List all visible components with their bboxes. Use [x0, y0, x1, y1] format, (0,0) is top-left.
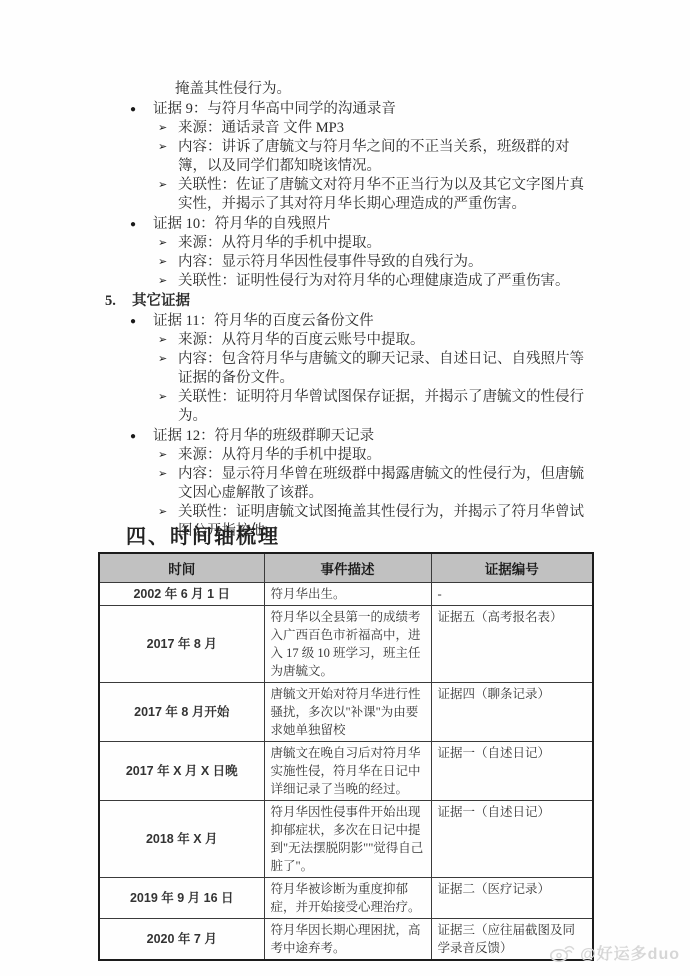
cell-time: 2018 年 X 月	[99, 801, 264, 878]
cell-evidence: 证据一（自述日记）	[431, 801, 593, 878]
evidence-detail: 关联性：佐证了唐毓文对符月华不正当行为以及其它文字图片真实性，并揭示了其对符月华…	[178, 176, 594, 214]
arrow-icon: ➢	[158, 119, 178, 138]
evidence-detail-row: ➢ 关联性：证明符月华曾试图保存证据，并揭示了唐毓文的性侵行为。	[158, 388, 594, 426]
cell-time: 2002 年 6 月 1 日	[99, 583, 264, 606]
evidence-detail-row: ➢ 内容：包含符月华与唐毓文的聊天记录、自述日记、自残照片等证据的备份文件。	[158, 350, 594, 388]
table-row: 2017 年 8 月 符月华以全县第一的成绩考入广西百色市祈福高中，进入 17 …	[99, 606, 593, 683]
cell-event: 符月华出生。	[264, 583, 431, 606]
evidence-item-12: ● 证据 12：符月华的班级群聊天记录	[130, 427, 594, 446]
evidence-detail-row: ➢ 来源：从符月华的手机中提取。	[158, 234, 594, 253]
cell-evidence: -	[431, 583, 593, 606]
col-header-evidence: 证据编号	[431, 553, 593, 583]
evidence-item-11: ● 证据 11：符月华的百度云备份文件	[130, 312, 594, 331]
cell-evidence: 证据一（自述日记）	[431, 742, 593, 801]
evidence-list: 掩盖其性侵行为。 ● 证据 9：与符月华高中同学的沟通录音 ➢ 来源：通话录音 …	[130, 80, 594, 541]
watermark: @好运多duo	[549, 941, 680, 964]
section-5-title: 其它证据	[132, 292, 190, 311]
bullet-icon: ●	[130, 312, 153, 331]
evidence-item-9: ● 证据 9：与符月华高中同学的沟通录音	[130, 100, 594, 119]
evidence-detail-row: ➢ 来源：从符月华的手机中提取。	[158, 446, 594, 465]
evidence-detail-row: ➢ 来源：从符月华的百度云账号中提取。	[158, 331, 594, 350]
evidence-detail-row: ➢ 关联性：佐证了唐毓文对符月华不正当行为以及其它文字图片真实性，并揭示了其对符…	[158, 176, 594, 214]
cell-event: 符月华因长期心理困扰，高考中途弃考。	[264, 919, 431, 961]
evidence-detail: 关联性：证明性侵行为对符月华的心理健康造成了严重伤害。	[178, 272, 594, 291]
table-header-row: 时间 事件描述 证据编号	[99, 553, 593, 583]
cell-evidence: 证据四（聊条记录）	[431, 683, 593, 742]
cell-event: 唐毓文在晚自习后对符月华实施性侵，符月华在日记中详细记录了当晚的经过。	[264, 742, 431, 801]
cell-time: 2020 年 7 月	[99, 919, 264, 961]
col-header-event: 事件描述	[264, 553, 431, 583]
evidence-detail: 内容：显示符月华曾在班级群中揭露唐毓文的性侵行为，但唐毓文因心虚解散了该群。	[178, 465, 594, 503]
evidence-detail: 内容：讲诉了唐毓文与符月华之间的不正当关系，班级群的对簿，以及同学们都知晓该情况…	[178, 138, 594, 176]
arrow-icon: ➢	[158, 331, 178, 350]
cell-event: 符月华因性侵事件开始出现抑郁症状，多次在日记中提到"无法摆脱阴影""觉得自己脏了…	[264, 801, 431, 878]
arrow-icon: ➢	[158, 234, 178, 253]
arrow-icon: ➢	[158, 272, 178, 291]
evidence-title: 证据 12：符月华的班级群聊天记录	[153, 427, 594, 446]
document-page: 掩盖其性侵行为。 ● 证据 9：与符月华高中同学的沟通录音 ➢ 来源：通话录音 …	[0, 0, 690, 976]
arrow-icon: ➢	[158, 446, 178, 465]
table-row: 2018 年 X 月 符月华因性侵事件开始出现抑郁症状，多次在日记中提到"无法摆…	[99, 801, 593, 878]
evidence-detail-row: ➢ 内容：显示符月华曾在班级群中揭露唐毓文的性侵行为，但唐毓文因心虚解散了该群。	[158, 465, 594, 503]
table-row: 2017 年 8 月开始 唐毓文开始对符月华进行性骚扰，多次以"补课"为由要求她…	[99, 683, 593, 742]
arrow-icon: ➢	[158, 350, 178, 388]
evidence-detail: 来源：从符月华的手机中提取。	[178, 234, 594, 253]
table-row: 2020 年 7 月 符月华因长期心理困扰，高考中途弃考。 证据三（应往届截图及…	[99, 919, 593, 961]
evidence-detail: 来源：从符月华的百度云账号中提取。	[178, 331, 594, 350]
bullet-icon: ●	[130, 100, 153, 119]
cell-time: 2017 年 8 月	[99, 606, 264, 683]
evidence-title: 证据 9：与符月华高中同学的沟通录音	[153, 100, 594, 119]
cell-evidence: 证据五（高考报名表）	[431, 606, 593, 683]
evidence-detail: 来源：通话录音 文件 MP3	[178, 119, 594, 138]
section-5-number: 5.	[105, 292, 132, 311]
arrow-icon: ➢	[158, 253, 178, 272]
cell-event: 符月华以全县第一的成绩考入广西百色市祈福高中，进入 17 级 10 班学习，班主…	[264, 606, 431, 683]
evidence-detail-row: ➢ 内容：显示符月华因性侵事件导致的自残行为。	[158, 253, 594, 272]
evidence-title: 证据 11：符月华的百度云备份文件	[153, 312, 594, 331]
timeline-section-heading: 四、时间轴梳理	[126, 520, 280, 549]
cell-time: 2017 年 8 月开始	[99, 683, 264, 742]
arrow-icon: ➢	[158, 138, 178, 176]
watermark-handle: @好运多duo	[580, 941, 680, 964]
evidence-detail: 关联性：证明符月华曾试图保存证据，并揭示了唐毓文的性侵行为。	[178, 388, 594, 426]
cell-time: 2017 年 X 月 X 日晚	[99, 742, 264, 801]
bullet-icon: ●	[130, 427, 153, 446]
arrow-icon: ➢	[158, 388, 178, 426]
evidence-detail-row: ➢ 关联性：证明性侵行为对符月华的心理健康造成了严重伤害。	[158, 272, 594, 291]
timeline-table: 时间 事件描述 证据编号 2002 年 6 月 1 日 符月华出生。 - 201…	[98, 552, 594, 961]
cell-time: 2019 年 9 月 16 日	[99, 878, 264, 919]
weibo-icon	[549, 943, 575, 963]
cell-event: 符月华被诊断为重度抑郁症，并开始接受心理治疗。	[264, 878, 431, 919]
evidence-detail: 内容：显示符月华因性侵事件导致的自残行为。	[178, 253, 594, 272]
bullet-icon: ●	[130, 215, 153, 234]
cell-event: 唐毓文开始对符月华进行性骚扰，多次以"补课"为由要求她单独留校	[264, 683, 431, 742]
section-5-heading: 5. 其它证据	[105, 292, 594, 311]
table-row: 2019 年 9 月 16 日 符月华被诊断为重度抑郁症，并开始接受心理治疗。 …	[99, 878, 593, 919]
cell-evidence: 证据二（医疗记录）	[431, 878, 593, 919]
evidence-item-10: ● 证据 10：符月华的自残照片	[130, 215, 594, 234]
evidence-detail-row: ➢ 内容：讲诉了唐毓文与符月华之间的不正当关系，班级群的对簿，以及同学们都知晓该…	[158, 138, 594, 176]
arrow-icon: ➢	[158, 465, 178, 503]
arrow-icon: ➢	[158, 176, 178, 214]
evidence-detail: 内容：包含符月华与唐毓文的聊天记录、自述日记、自残照片等证据的备份文件。	[178, 350, 594, 388]
col-header-time: 时间	[99, 553, 264, 583]
evidence-detail-row: ➢ 来源：通话录音 文件 MP3	[158, 119, 594, 138]
evidence-detail: 来源：从符月华的手机中提取。	[178, 446, 594, 465]
table-row: 2002 年 6 月 1 日 符月华出生。 -	[99, 583, 593, 606]
table-row: 2017 年 X 月 X 日晚 唐毓文在晚自习后对符月华实施性侵，符月华在日记中…	[99, 742, 593, 801]
continuation-line: 掩盖其性侵行为。	[175, 80, 594, 99]
evidence-title: 证据 10：符月华的自残照片	[153, 215, 594, 234]
